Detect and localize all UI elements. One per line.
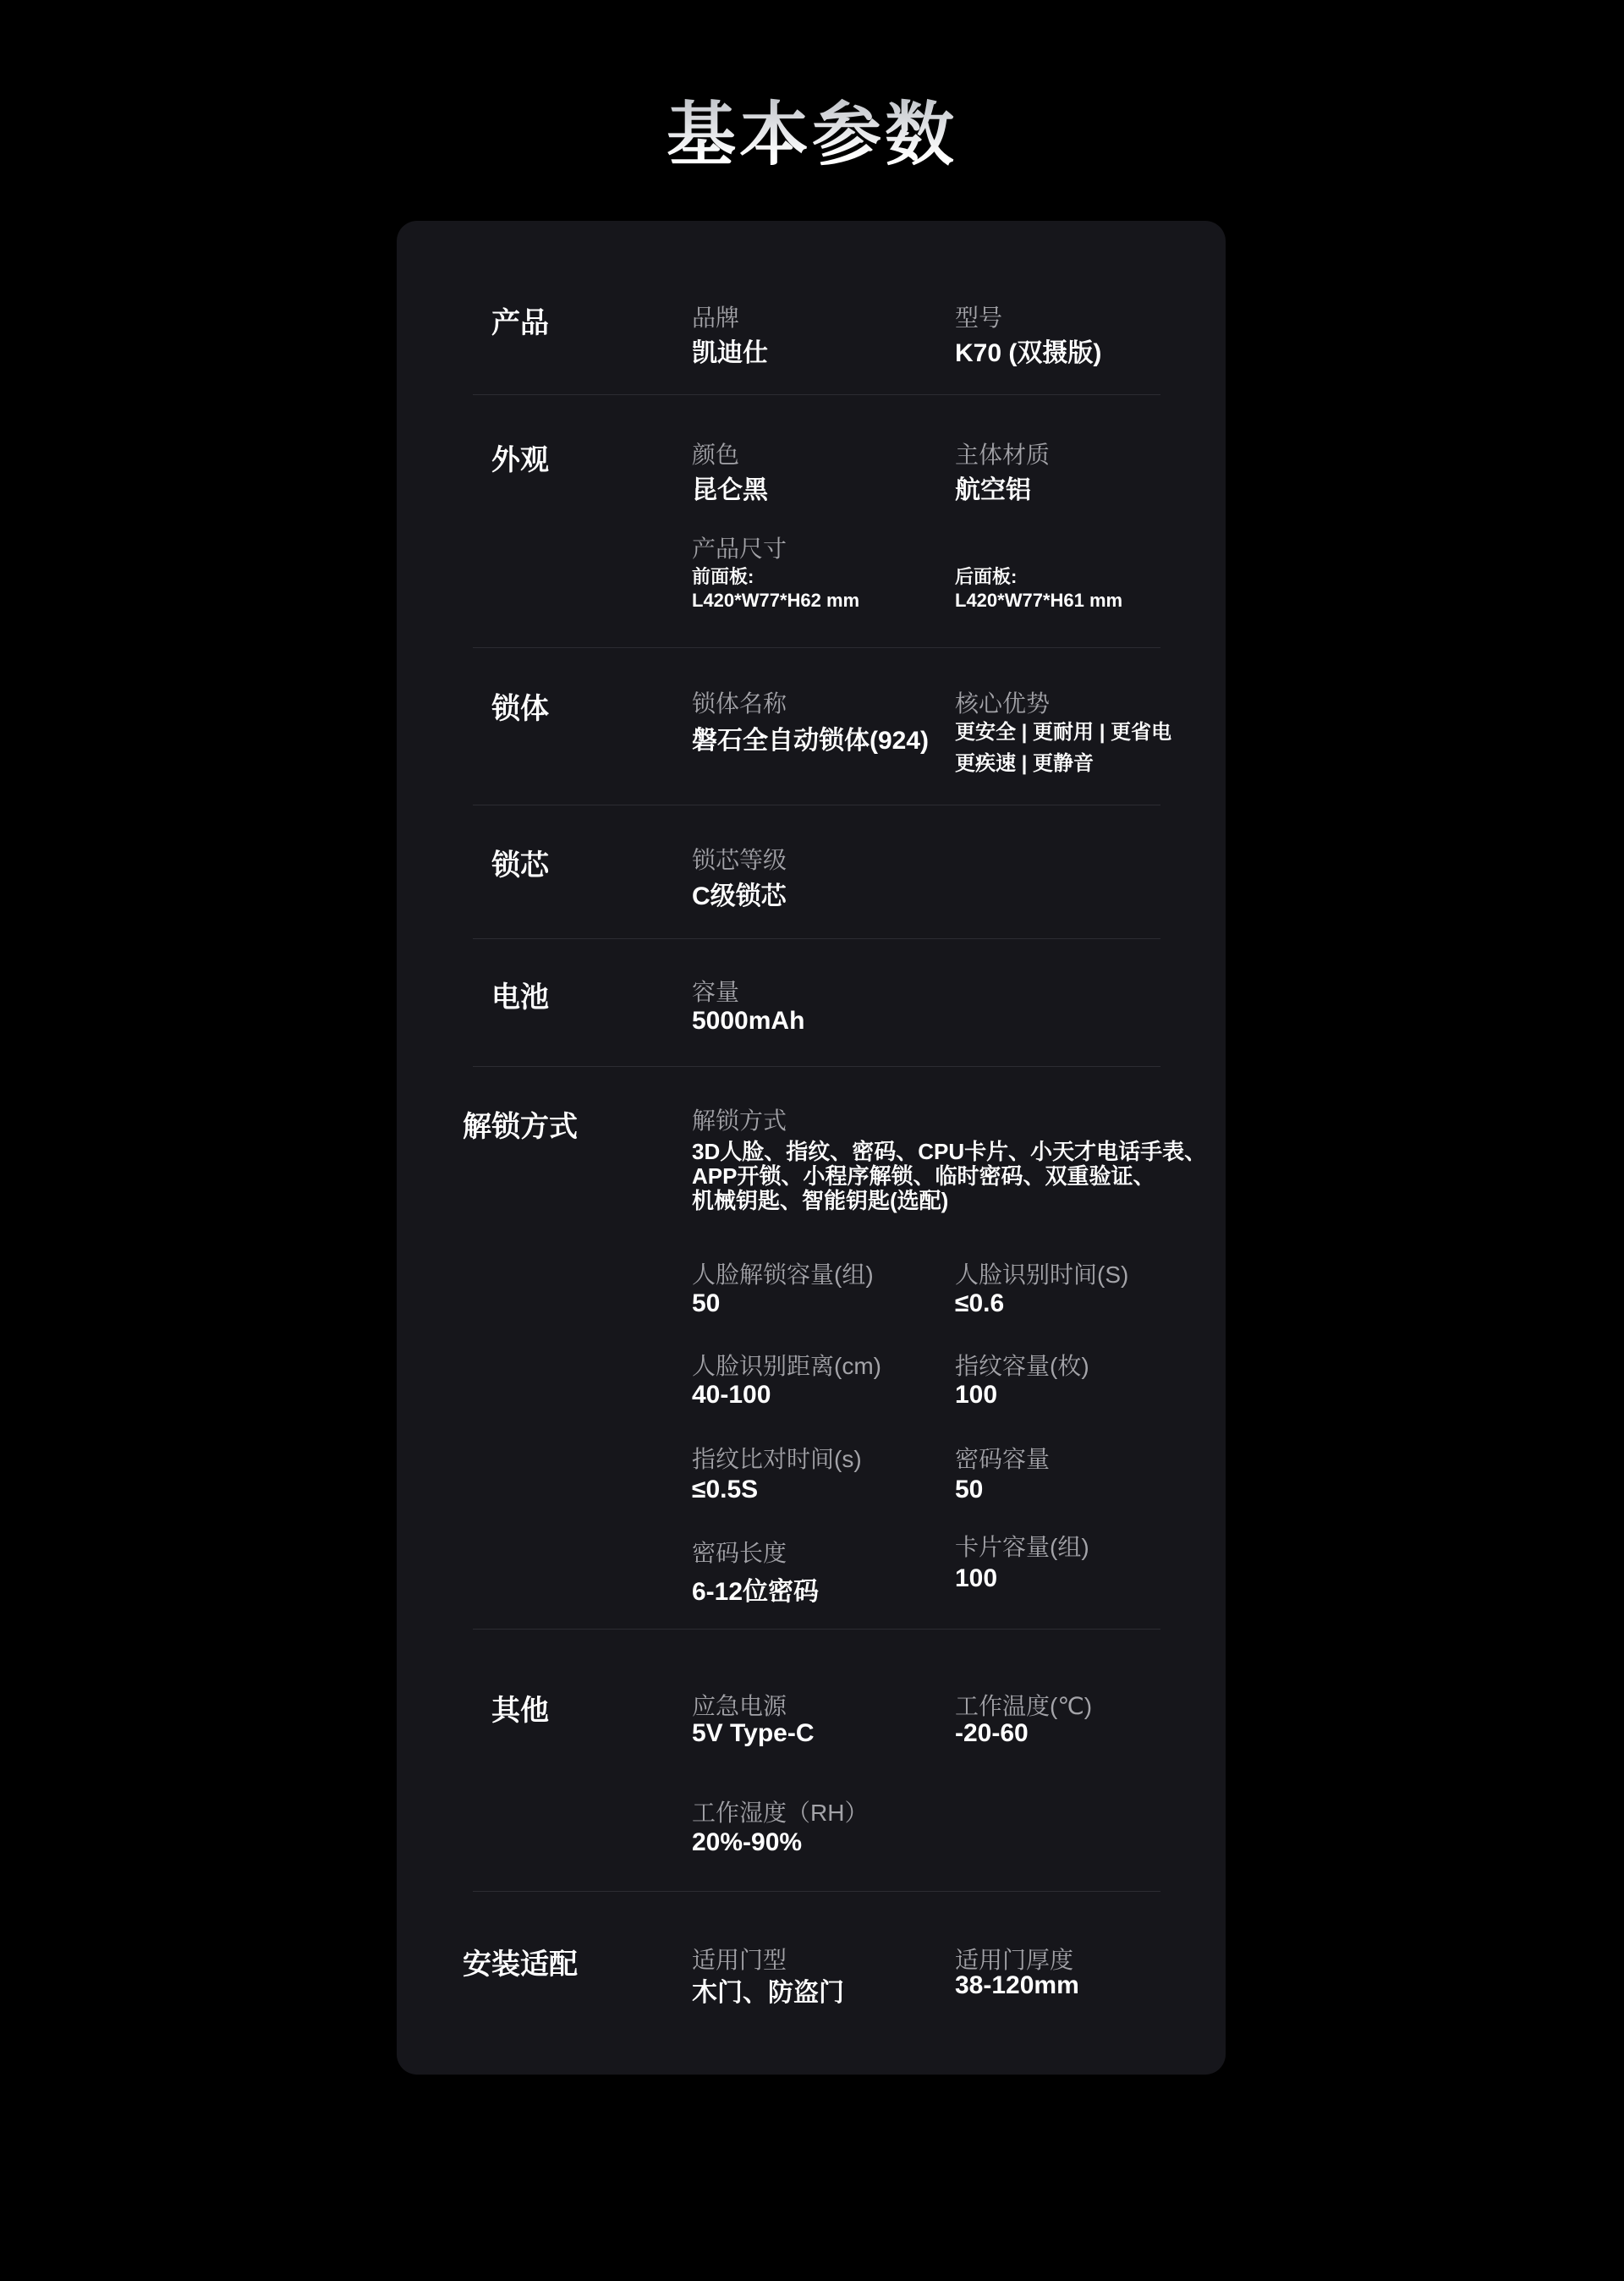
fingerprint-capacity-label: 指纹容量(枚) bbox=[955, 1348, 1089, 1382]
work-temp-label: 工作温度(℃) bbox=[955, 1688, 1092, 1722]
password-capacity-value: 50 bbox=[955, 1476, 983, 1504]
advantage-line2: 更疾速 | 更静音 bbox=[955, 748, 1094, 779]
row-label-lock-body: 锁体 bbox=[397, 685, 644, 727]
face-time-label: 人脸识别时间(S) bbox=[955, 1256, 1128, 1290]
emergency-power-label: 应急电源 bbox=[692, 1688, 787, 1722]
cylinder-grade-label: 锁芯等级 bbox=[692, 842, 787, 876]
cylinder-grade-value: C级锁芯 bbox=[692, 875, 787, 912]
door-type-value: 木门、防盗门 bbox=[692, 1971, 844, 2009]
row-label-cylinder: 锁芯 bbox=[397, 842, 644, 883]
row-label-unlock: 解锁方式 bbox=[397, 1103, 644, 1145]
row-divider bbox=[473, 938, 1160, 939]
row-divider bbox=[473, 1891, 1160, 1892]
lock-body-name-value: 磐石全自动锁体(924) bbox=[692, 719, 929, 756]
advantage-line1: 更安全 | 更耐用 | 更省电 bbox=[955, 717, 1171, 748]
card-capacity-value: 100 bbox=[955, 1564, 997, 1593]
battery-capacity-label: 容量 bbox=[692, 974, 739, 1008]
face-distance-label: 人脸识别距离(cm) bbox=[692, 1348, 881, 1382]
password-length-label: 密码长度 bbox=[692, 1535, 787, 1569]
row-divider bbox=[473, 1066, 1160, 1067]
fingerprint-capacity-value: 100 bbox=[955, 1381, 997, 1410]
row-divider bbox=[473, 394, 1160, 395]
row-divider bbox=[473, 647, 1160, 648]
password-length-value: 6-12位密码 bbox=[692, 1570, 819, 1608]
material-value: 航空铝 bbox=[955, 469, 1031, 506]
door-thickness-label: 适用门厚度 bbox=[955, 1942, 1073, 1976]
unlock-methods-line2: APP开锁、小程序解锁、临时密码、双重验证、 bbox=[692, 1164, 1155, 1189]
face-capacity-label: 人脸解锁容量(组) bbox=[692, 1256, 874, 1290]
brand-label: 品牌 bbox=[692, 300, 739, 333]
unlock-methods-label: 解锁方式 bbox=[692, 1102, 787, 1136]
battery-capacity-value: 5000mAh bbox=[692, 1007, 804, 1036]
page-title: 基本参数 bbox=[0, 80, 1624, 179]
password-capacity-label: 密码容量 bbox=[955, 1441, 1050, 1475]
size-label: 产品尺寸 bbox=[692, 530, 787, 564]
row-label-appearance: 外观 bbox=[397, 437, 644, 478]
lock-body-name-label: 锁体名称 bbox=[692, 685, 787, 719]
emergency-power-value: 5V Type-C bbox=[692, 1719, 814, 1748]
work-temp-value: -20-60 bbox=[955, 1719, 1029, 1748]
back-panel-value: L420*W77*H61 mm bbox=[955, 590, 1122, 612]
face-time-value: ≤0.6 bbox=[955, 1289, 1004, 1318]
face-distance-value: 40-100 bbox=[692, 1381, 771, 1410]
door-thickness-value: 38-120mm bbox=[955, 1971, 1079, 2000]
brand-value: 凯迪仕 bbox=[692, 332, 768, 369]
fingerprint-time-value: ≤0.5S bbox=[692, 1476, 758, 1504]
row-label-other: 其他 bbox=[397, 1687, 644, 1729]
face-capacity-value: 50 bbox=[692, 1289, 720, 1318]
color-value: 昆仑黑 bbox=[692, 469, 768, 506]
spec-card: 产品 品牌 凯迪仕 型号 K70 (双摄版) 外观 颜色 昆仑黑 主体材质 航空… bbox=[397, 221, 1226, 2075]
advantage-label: 核心优势 bbox=[955, 685, 1050, 719]
material-label: 主体材质 bbox=[955, 437, 1050, 470]
door-type-label: 适用门型 bbox=[692, 1942, 787, 1976]
row-label-install: 安装适配 bbox=[397, 1941, 644, 1982]
model-value: K70 (双摄版) bbox=[955, 332, 1101, 369]
back-panel-label: 后面板: bbox=[955, 563, 1017, 589]
row-divider bbox=[473, 1629, 1160, 1630]
work-humidity-label: 工作湿度（RH） bbox=[692, 1795, 868, 1828]
color-label: 颜色 bbox=[692, 437, 739, 470]
unlock-methods-line1: 3D人脸、指纹、密码、CPU卡片、小天才电话手表、 bbox=[692, 1140, 1206, 1164]
front-panel-value: L420*W77*H62 mm bbox=[692, 590, 859, 612]
work-humidity-value: 20%-90% bbox=[692, 1828, 802, 1857]
unlock-methods-line3: 机械钥匙、智能钥匙(选配) bbox=[692, 1189, 948, 1213]
row-label-battery: 电池 bbox=[397, 974, 644, 1015]
front-panel-label: 前面板: bbox=[692, 563, 754, 589]
row-divider bbox=[473, 805, 1160, 805]
model-label: 型号 bbox=[955, 300, 1002, 333]
fingerprint-time-label: 指纹比对时间(s) bbox=[692, 1441, 862, 1475]
card-capacity-label: 卡片容量(组) bbox=[955, 1529, 1089, 1563]
row-label-product: 产品 bbox=[397, 300, 644, 341]
